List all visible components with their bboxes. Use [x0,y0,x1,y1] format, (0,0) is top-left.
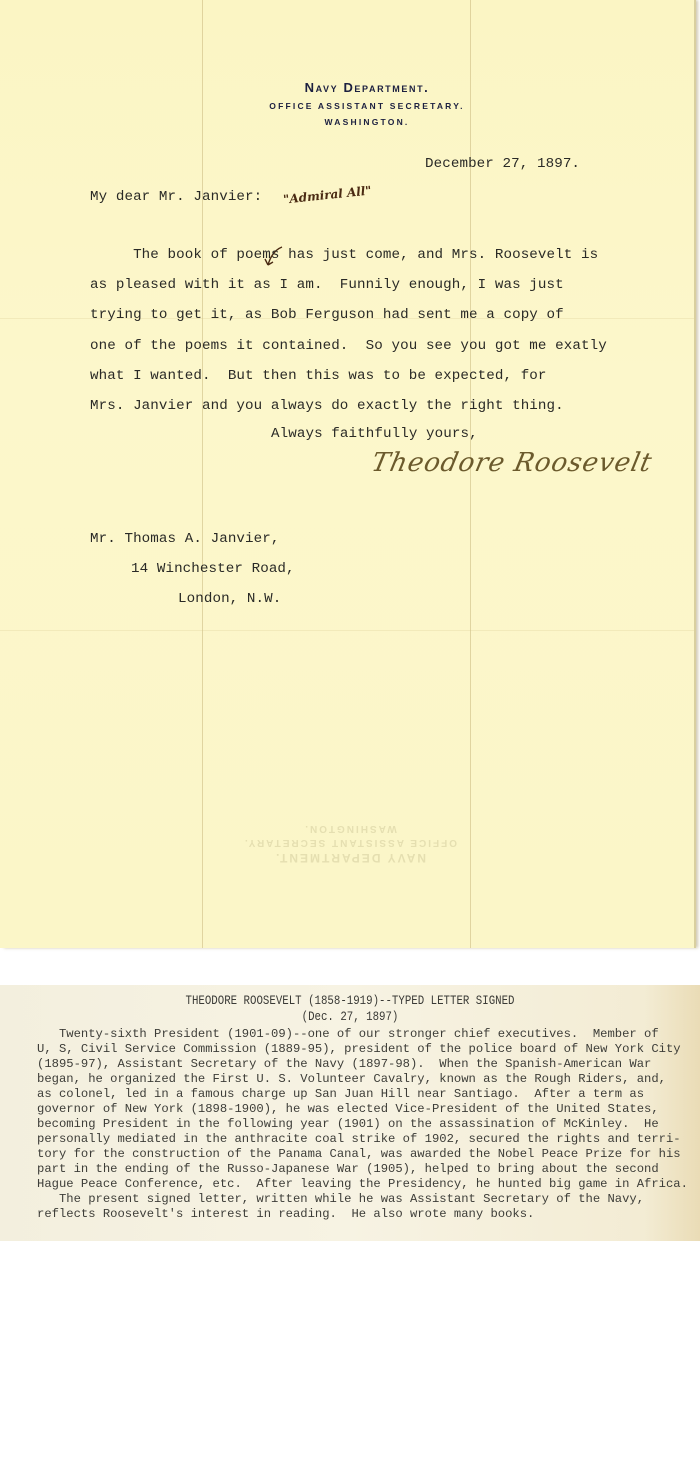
address-line: 14 Winchester Road, [131,561,295,577]
body-line: one of the poems it contained. So you se… [90,338,607,354]
card-subtitle-date: (Dec. 27, 1897) [49,1010,651,1024]
letterhead-city: WASHINGTON. [40,117,694,127]
card-line: Hague Peace Conference, etc. After leavi… [37,1177,688,1191]
fold-crease [0,630,694,631]
card-line: part in the ending of the Russo-Japanese… [37,1162,659,1176]
body-line: Mrs. Janvier and you always do exactly t… [90,398,564,414]
card-title: THEODORE ROOSEVELT (1858-1919)--TYPED LE… [49,994,651,1008]
card-line: began, he organized the First U. S. Volu… [37,1072,666,1086]
bleed-line: OFFICE ASSISTANT SECRETARY. [200,837,500,848]
card-line: personally mediated in the anthracite co… [37,1132,681,1146]
card-line: reflects Roosevelt's interest in reading… [37,1207,534,1221]
card-line: as colonel, led in a famous charge up Sa… [37,1087,644,1101]
letter-page: Navy Department. OFFICE ASSISTANT SECRET… [0,0,694,948]
salutation: My dear Mr. Janvier: [90,189,262,205]
signature: Theodore Roosevelt [369,448,655,478]
bleed-through-letterhead: NAVY DEPARTMENT. OFFICE ASSISTANT SECRET… [200,820,500,868]
fold-line [202,0,203,948]
letterhead-office: OFFICE ASSISTANT SECRETARY. [40,101,694,111]
card-line: Twenty-sixth President (1901-09)--one of… [37,1027,659,1041]
body-line: what I wanted. But then this was to be e… [90,368,547,384]
body-line: The book of poems has just come, and Mrs… [90,247,598,263]
body-line: as pleased with it as I am. Funnily enou… [90,277,564,293]
letterhead: Navy Department. OFFICE ASSISTANT SECRET… [0,80,694,127]
description-card: THEODORE ROOSEVELT (1858-1919)--TYPED LE… [0,985,700,1241]
card-line: The present signed letter, written while… [37,1192,644,1206]
letter-date: December 27, 1897. [425,156,580,172]
bleed-line: NAVY DEPARTMENT. [200,851,500,865]
body-line: trying to get it, as Bob Ferguson had se… [90,307,564,323]
card-line: governor of New York (1898-1900), he was… [37,1102,659,1116]
handwritten-insertion: "Admiral All" [283,183,373,206]
address-line: Mr. Thomas A. Janvier, [90,531,280,547]
letterhead-department: Navy Department. [40,80,694,95]
closing: Always faithfully yours, [271,426,478,442]
card-line: (1895-97), Assistant Secretary of the Na… [37,1057,651,1071]
card-line: U, S, Civil Service Commission (1889-95)… [37,1042,681,1056]
card-line: becoming President in the following year… [37,1117,659,1131]
bleed-line: WASHINGTON. [200,823,500,834]
address-line: London, N.W. [178,591,281,607]
card-line: tory for the construction of the Panama … [37,1147,681,1161]
